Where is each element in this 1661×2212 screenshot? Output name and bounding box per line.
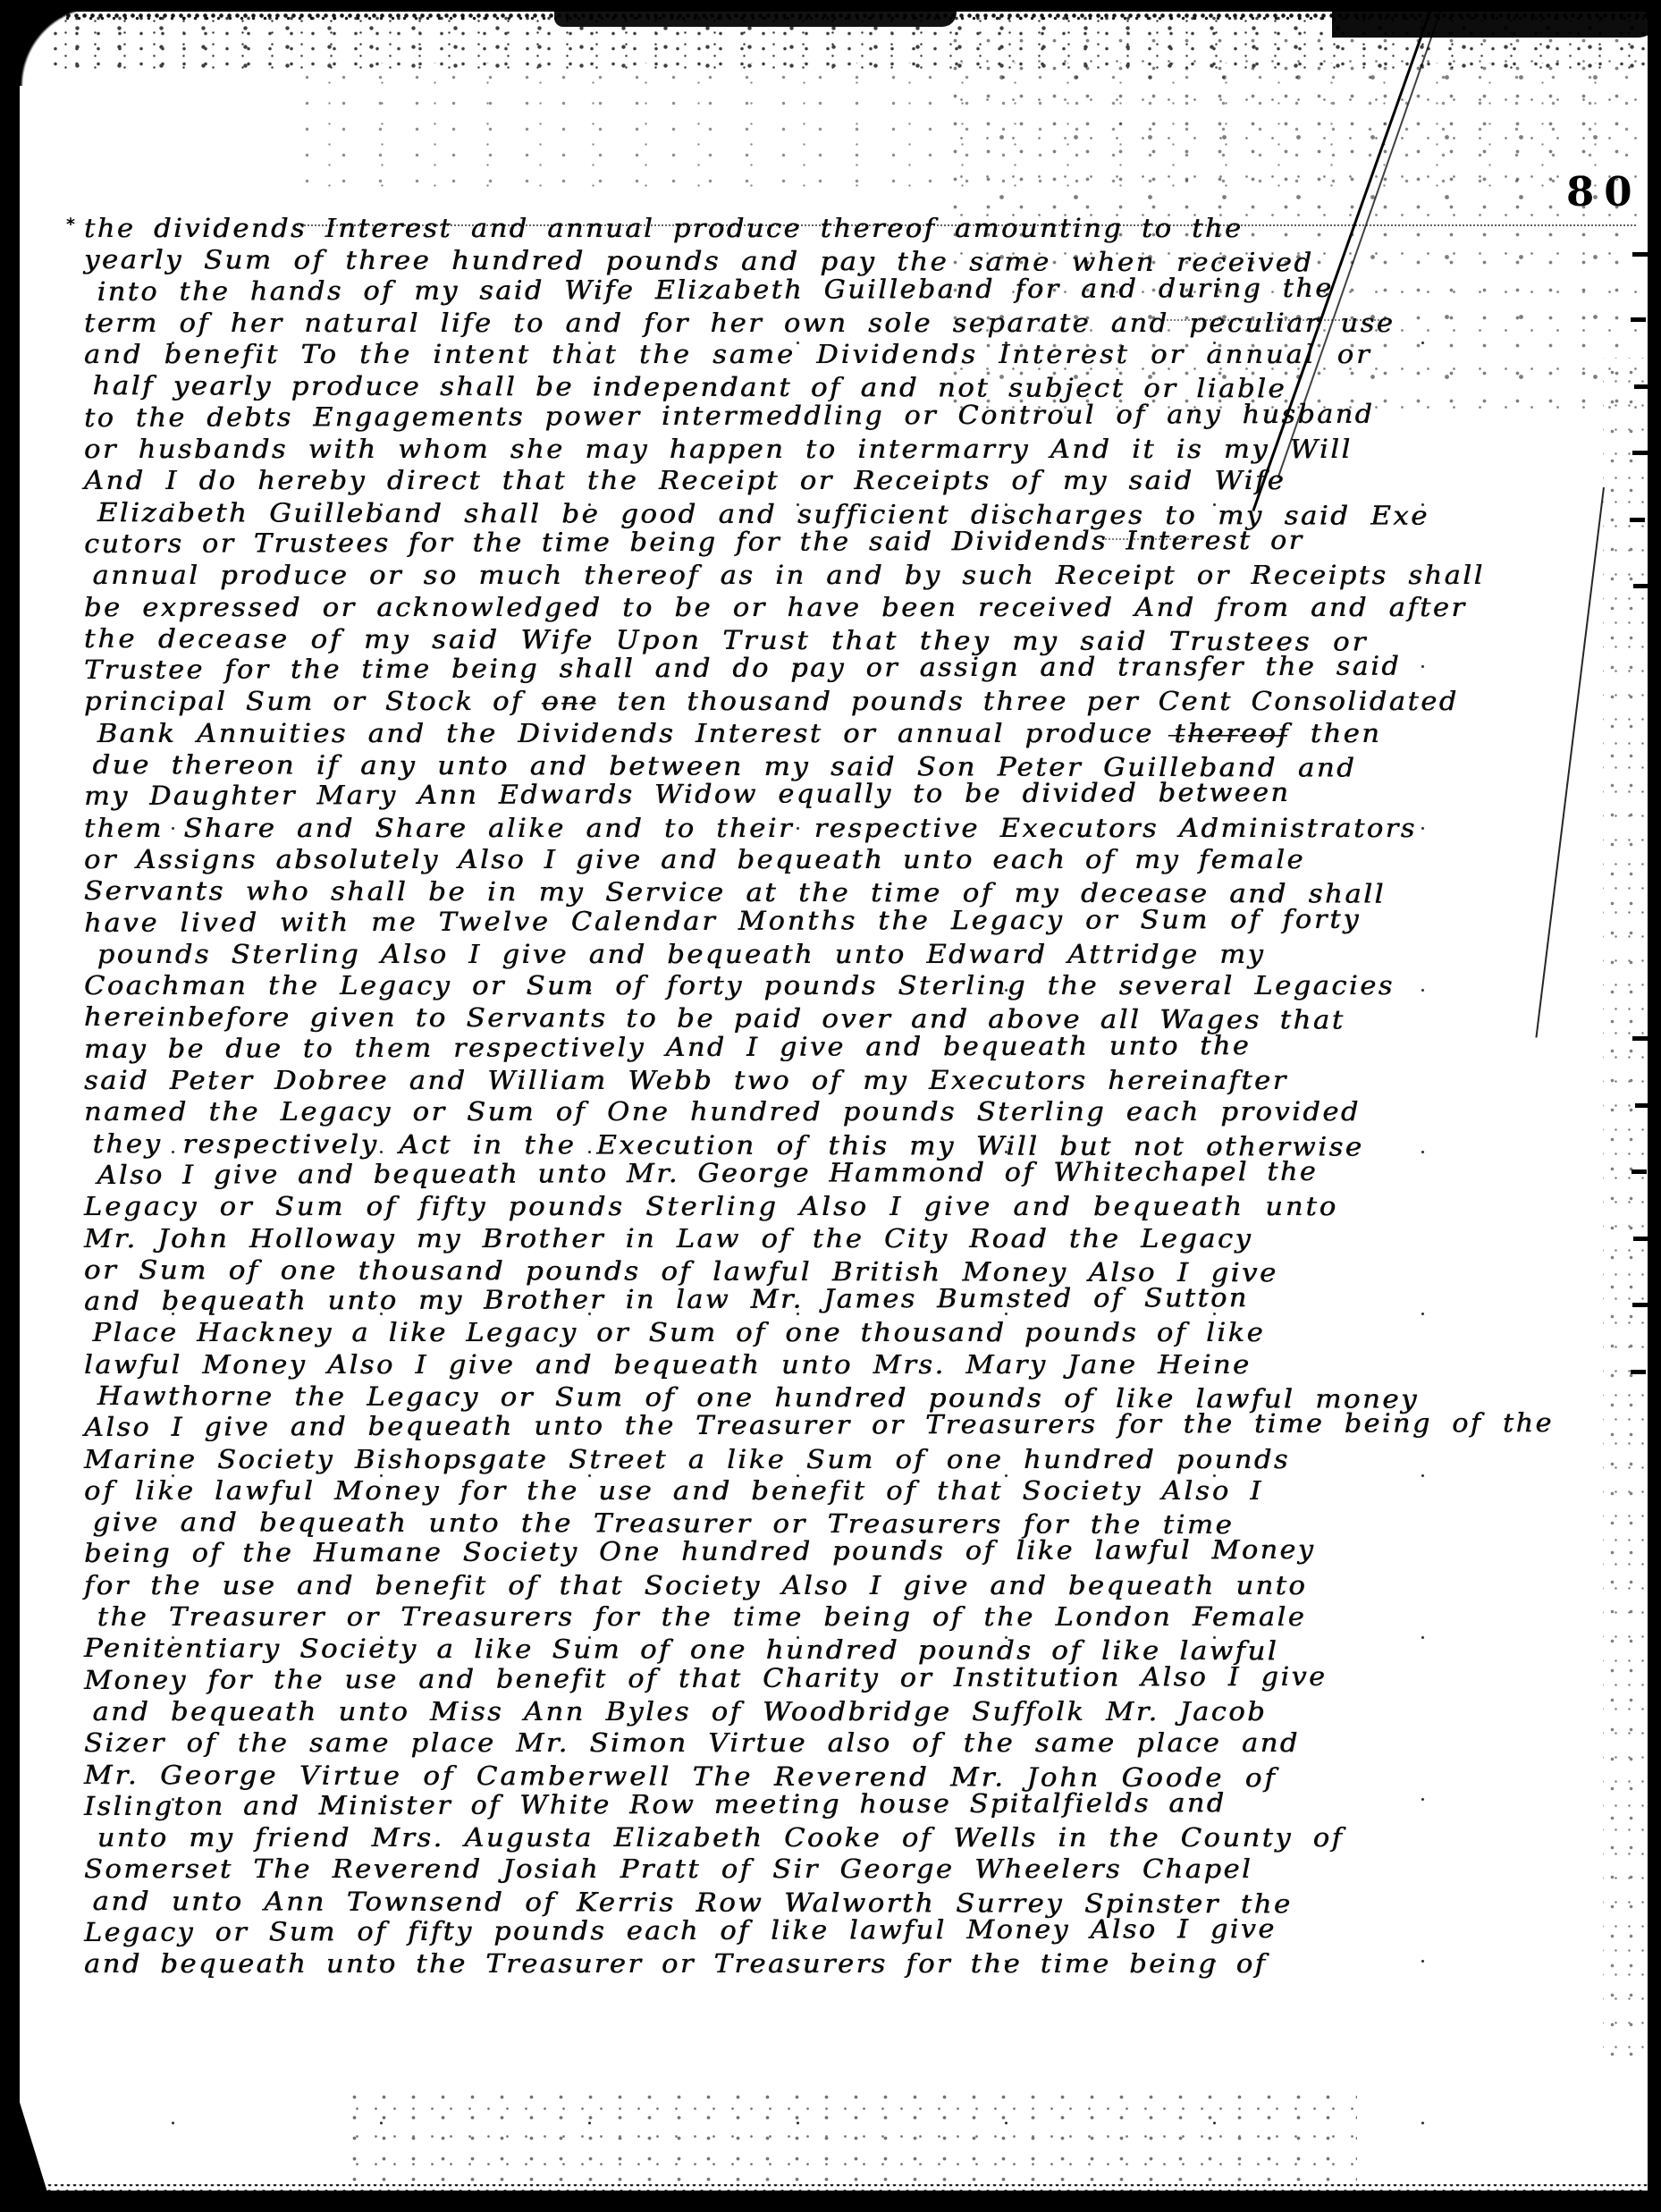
manuscript-line: term of her natural life to and for her … <box>84 308 1407 339</box>
manuscript-line: Money for the use and benefit of that Ch… <box>84 1660 1395 1696</box>
manuscript-line: annual produce or so much thereof as in … <box>84 560 1407 591</box>
manuscript-line: Coachman the Legacy or Sum of forty poun… <box>84 970 1407 1001</box>
manuscript-line: Place Hackney a like Legacy or Sum of on… <box>84 1317 1407 1348</box>
manuscript-line: Sizer of the same place Mr. Simon Virtue… <box>84 1727 1407 1759</box>
manuscript-line: and bequeath unto Miss Ann Byles of Wood… <box>84 1696 1407 1727</box>
manuscript-line: cutors or Trustees for the time being fo… <box>84 525 1395 561</box>
dotted-rule-line <box>297 224 1636 226</box>
manuscript-line: for the use and benefit of that Society … <box>84 1570 1407 1601</box>
margin-asterisk-mark: * <box>66 215 75 234</box>
manuscript-line: Mr. John Holloway my Brother in Law of t… <box>84 1223 1407 1254</box>
manuscript-line: or Assigns absolutely Also I give and be… <box>84 844 1407 875</box>
manuscript-line: unto my friend Mrs. Augusta Elizabeth Co… <box>84 1822 1407 1853</box>
manuscript-line: And I do hereby direct that the Receipt … <box>84 465 1407 496</box>
scan-border-blotch <box>554 0 957 27</box>
manuscript-line: or husbands with whom she may happen to … <box>84 434 1407 465</box>
manuscript-line: named the Legacy or Sum of One hundred p… <box>84 1096 1407 1127</box>
scan-corner-wedge-bottom-left <box>0 2039 48 2195</box>
page-number: 80 <box>1566 168 1642 215</box>
manuscript-line: the Treasurer or Treasurers for the time… <box>84 1601 1407 1633</box>
manuscript-line: of like lawful Money for the use and ben… <box>84 1475 1407 1507</box>
dotted-rule-line <box>1160 319 1386 321</box>
manuscript-line: principal Sum or Stock of o̶n̶e̶ ten tho… <box>84 686 1407 717</box>
scan-border-blotch <box>1332 0 1661 38</box>
manuscript-line: Bank Annuities and the Dividends Interes… <box>84 718 1407 749</box>
manuscript-line: Legacy or Sum of fifty pounds Sterling A… <box>84 1191 1407 1222</box>
dotted-rule-line <box>1102 538 1202 540</box>
manuscript-line: being of the Humane Society One hundred … <box>84 1534 1395 1570</box>
manuscript-line: may be due to them respectively And I gi… <box>84 1029 1395 1065</box>
manuscript-line: Marine Society Bishopsgate Street a like… <box>84 1444 1407 1475</box>
manuscript-line: said Peter Dobree and William Webb two o… <box>84 1065 1407 1096</box>
manuscript-line: lawful Money Also I give and bequeath un… <box>84 1349 1407 1380</box>
scan-border-left <box>0 0 19 2212</box>
manuscript-line: Somerset The Reverend Josiah Pratt of Si… <box>84 1853 1407 1885</box>
manuscript-line: Legacy or Sum of fifty pounds each of li… <box>84 1913 1395 1949</box>
manuscript-line: and bequeath unto my Brother in law Mr. … <box>84 1282 1395 1318</box>
manuscript-line: Trustee for the time being shall and do … <box>84 651 1395 687</box>
manuscript-line: my Daughter Mary Ann Edwards Widow equal… <box>84 777 1395 813</box>
manuscript-line: them Share and Share alike and to their … <box>84 813 1407 844</box>
scan-edge-marks <box>1632 252 1648 257</box>
scan-border-right <box>1648 0 1661 2212</box>
manuscript-line: be expressed or acknowledged to be or ha… <box>84 592 1407 623</box>
manuscript-line: and benefit To the intent that the same … <box>84 339 1407 370</box>
manuscript-line: have lived with me Twelve Calendar Month… <box>84 903 1395 939</box>
manuscript-line: the dividends Interest and annual produc… <box>84 213 1407 244</box>
manuscript-line: and bequeath unto the Treasurer or Treas… <box>84 1948 1407 1980</box>
scan-border-bottom <box>0 2193 1661 2212</box>
manuscript-line: Also I give and bequeath unto Mr. George… <box>84 1155 1395 1191</box>
manuscript-line: Also I give and bequeath unto the Treasu… <box>84 1408 1395 1444</box>
scan-corner-top-left <box>0 0 100 86</box>
manuscript-line: Islington and Minister of White Row meet… <box>84 1786 1395 1822</box>
manuscript-line: into the hands of my said Wife Elizabeth… <box>84 272 1395 308</box>
manuscript-line: to the debts Engagements power intermedd… <box>84 398 1395 434</box>
manuscript-line: pounds Sterling Also I give and bequeath… <box>84 939 1407 970</box>
manuscript-text-block: the dividends Interest and annual produc… <box>84 213 1345 1980</box>
scan-background: { "page": { "number": "80", "margin_mark… <box>0 0 1661 2212</box>
